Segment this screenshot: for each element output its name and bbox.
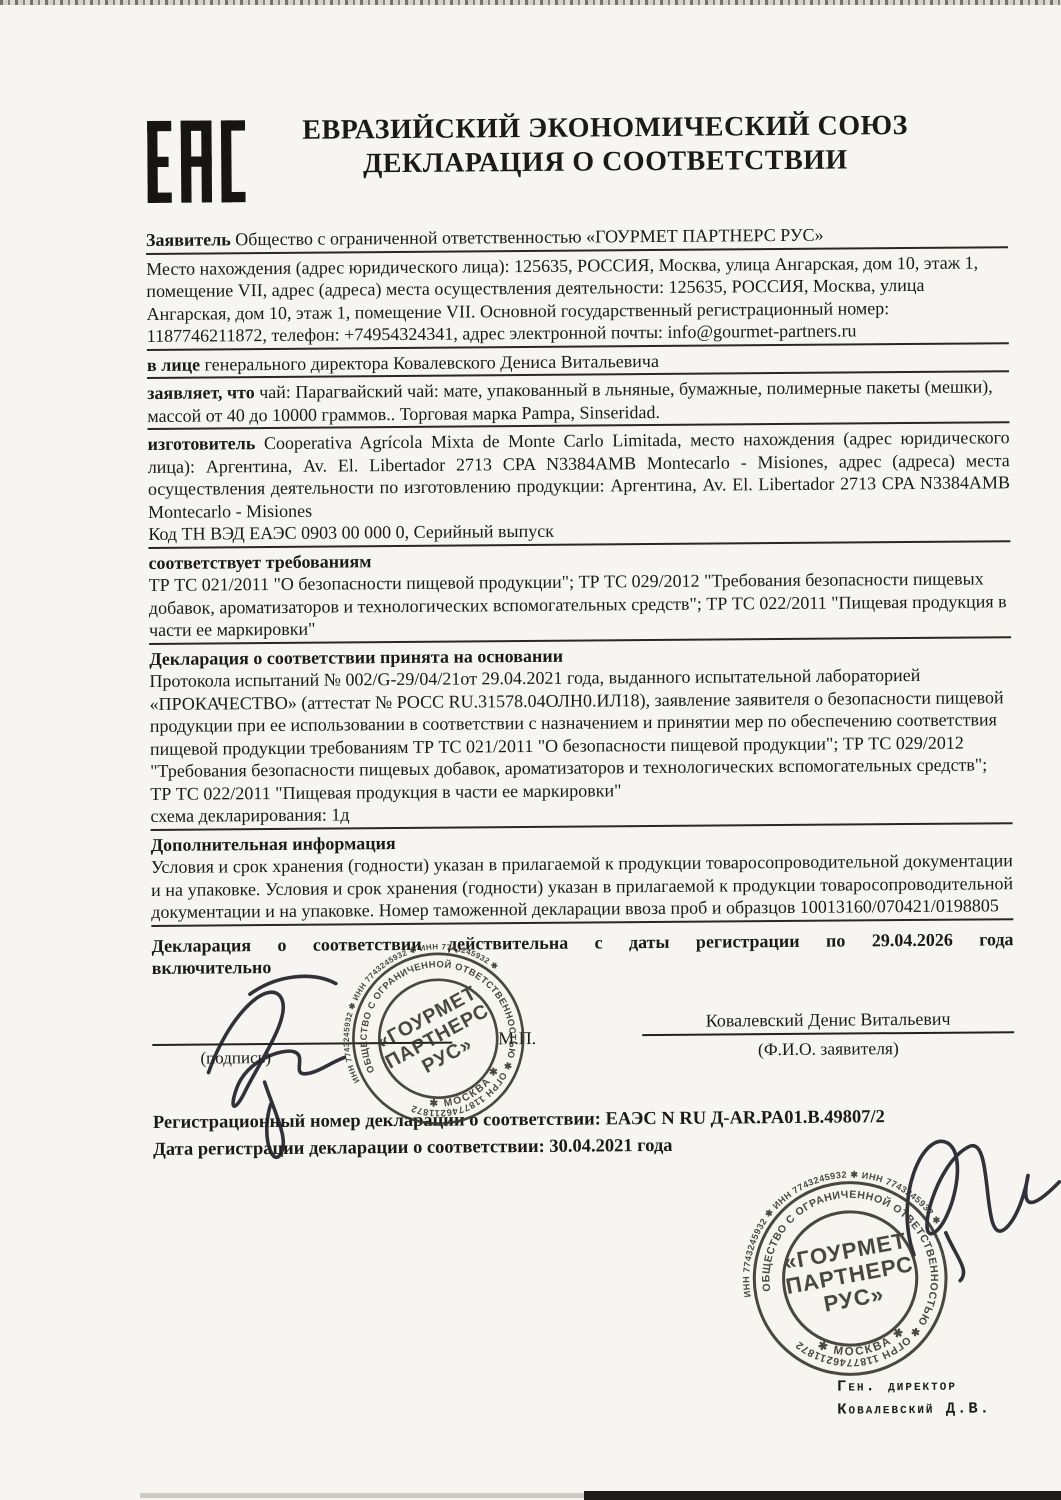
applicant-text: Общество с ограниченной ответственностью… xyxy=(235,225,823,250)
declares-label: заявляет, что xyxy=(147,382,255,403)
handwritten-signature xyxy=(194,963,376,1164)
basis-scheme: схема декларирования: 1д xyxy=(150,798,1012,830)
title-line-declaration: ДЕКЛАРАЦИЯ О СООТВЕТСТВИИ xyxy=(283,143,927,182)
eac-logo-glyphs xyxy=(147,112,246,211)
manufacturer-text: Cooperativa Agrícola Mixta de Monte Carl… xyxy=(148,427,1010,521)
director-name: Ковалевский Д.В. xyxy=(837,1397,991,1421)
scan-artifact-bottom-band xyxy=(584,1491,1061,1500)
section-address: Место нахождения (адрес юридического лиц… xyxy=(146,251,1009,351)
representative-text: генерального директора Ковалевского Дени… xyxy=(204,350,659,374)
manufacturer-label: изготовитель xyxy=(148,433,256,454)
footer-director-block: Ген. директор Ковалевский Д.В. xyxy=(837,1374,991,1421)
registration-number-value: ЕАЭС N RU Д-AR.PA01.B.49807/2 xyxy=(605,1107,885,1129)
document-content: ЕВРАЗИЙСКИЙ ЭКОНОМИЧЕСКИЙ СОЮЗ ДЕКЛАРАЦИ… xyxy=(0,0,1061,1500)
signature-right: Ковалевский Денис Витальевич (Ф.И.О. зая… xyxy=(582,997,1015,1090)
section-declares: заявляет, что чай: Парагвайский чай: мат… xyxy=(147,375,1009,430)
address-text: Место нахождения (адрес юридического лиц… xyxy=(146,252,978,346)
additional-text: Условия и срок хранения (годности) указа… xyxy=(151,849,1014,926)
title-line-union: ЕВРАЗИЙСКИЙ ЭКОНОМИЧЕСКИЙ СОЮЗ xyxy=(283,109,927,148)
document-title: ЕВРАЗИЙСКИЙ ЭКОНОМИЧЕСКИЙ СОЮЗ ДЕКЛАРАЦИ… xyxy=(283,109,928,182)
section-representative: в лице генерального директора Ковалевско… xyxy=(147,347,1009,379)
declares-text: чай: Парагвайский чай: мате, упакованный… xyxy=(147,376,992,425)
director-role: Ген. директор xyxy=(837,1374,991,1398)
fio-caption: (Ф.И.О. заявителя) xyxy=(642,1033,1014,1061)
requirements-text: ТР ТС 021/2011 "О безопасности пищевой п… xyxy=(149,567,1012,644)
registration-date-value: 30.04.2021 года xyxy=(549,1135,672,1156)
section-tnved: Код ТН ВЭД ЕАЭС 0903 00 000 0, Серийный … xyxy=(148,516,1010,548)
eac-logo xyxy=(147,112,246,211)
applicant-fio: Ковалевский Денис Витальевич xyxy=(642,997,1014,1036)
scan-artifact-bottom-smudge xyxy=(140,1493,584,1498)
company-stamp-bottom: ОБЩЕСТВО С ОГРАНИЧЕННОЙ ОТВЕТСТВЕННОСТЬЮ… xyxy=(719,1147,982,1410)
section-manufacturer: изготовитель Cooperativa Agrícola Mixta … xyxy=(147,426,1010,523)
representative-label: в лице xyxy=(147,354,200,374)
applicant-label: Заявитель xyxy=(146,229,231,250)
section-applicant: Заявитель Общество с ограниченной ответс… xyxy=(146,222,1008,254)
scanned-declaration-page: ЕВРАЗИЙСКИЙ ЭКОНОМИЧЕСКИЙ СОЮЗ ДЕКЛАРАЦИ… xyxy=(0,0,1061,1500)
tnved-text: Код ТН ВЭД ЕАЭС 0903 00 000 0, Серийный … xyxy=(148,521,554,544)
basis-text: Протокола испытаний № 002/G-29/04/21от 2… xyxy=(149,663,1012,805)
